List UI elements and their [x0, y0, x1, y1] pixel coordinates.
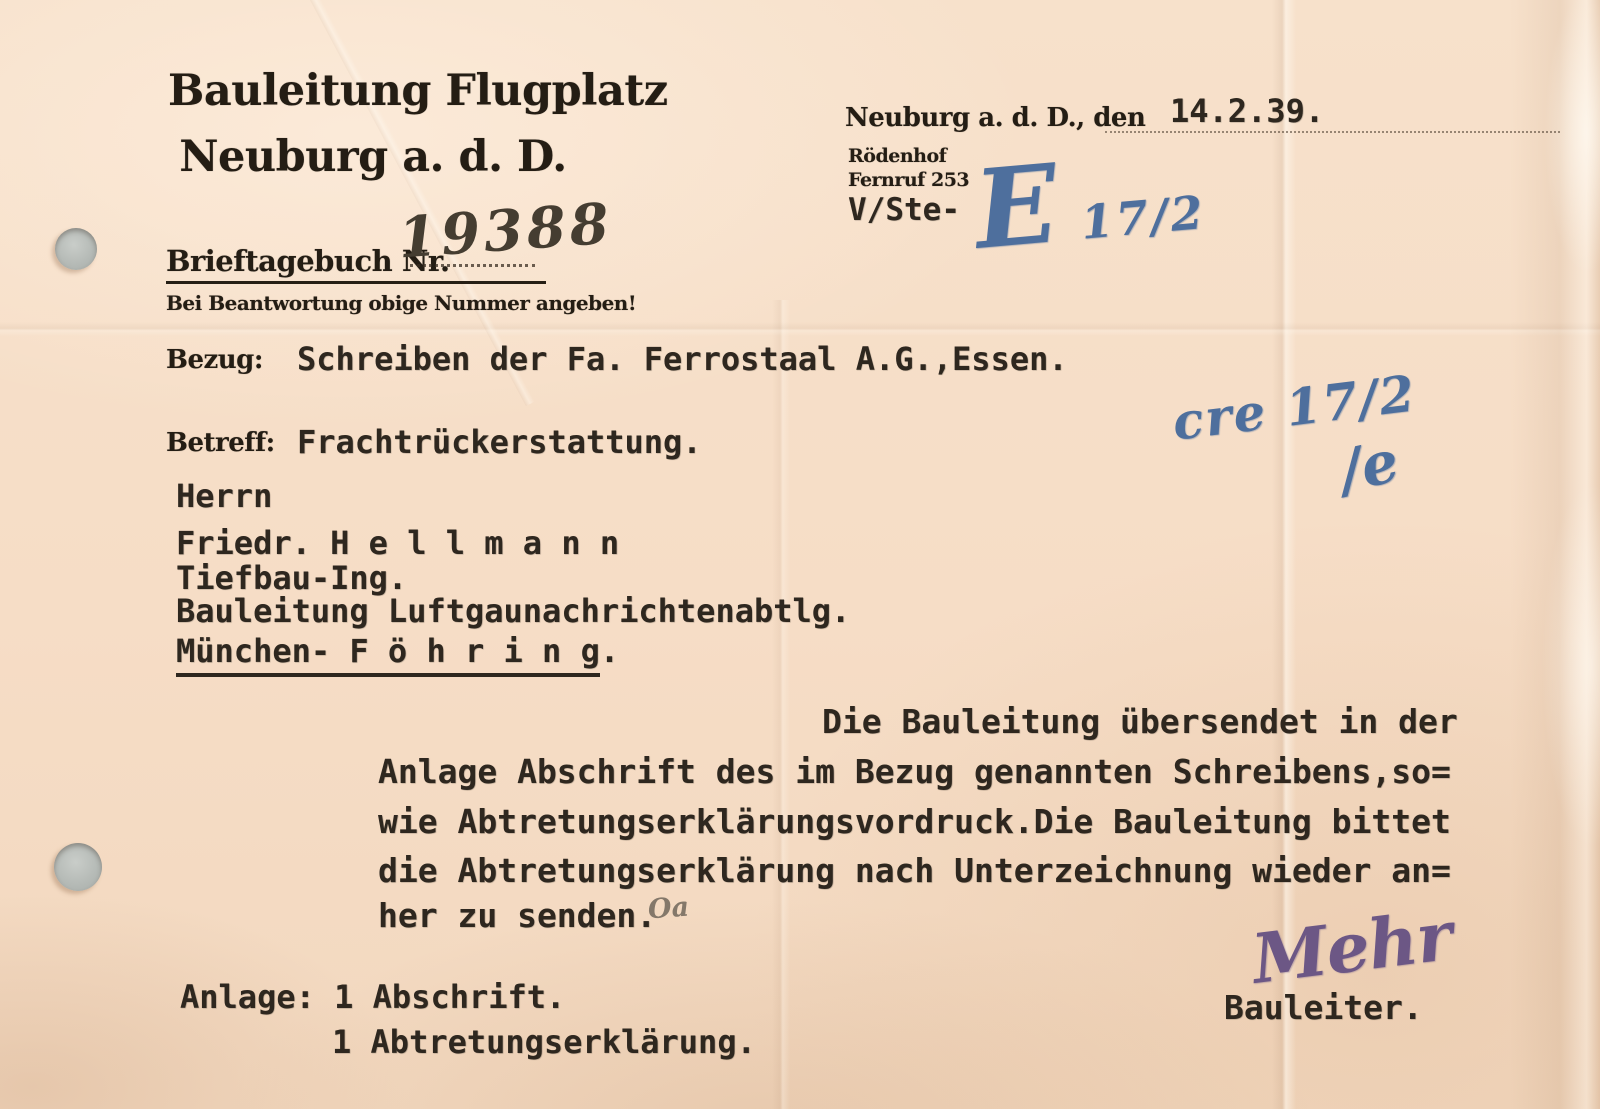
blue-filing-mark-text: E 17/2 — [971, 148, 1207, 259]
typist-initials-mark: Oa — [647, 892, 690, 926]
body-line1: Die Bauleitung übersendet in der — [822, 702, 1458, 741]
punch-hole-top — [55, 228, 97, 270]
signature-title: Bauleiter. — [1224, 988, 1423, 1027]
address-line: Rödenhof — [848, 145, 946, 167]
recipient-city: München- F ö h r i n g. — [176, 632, 619, 670]
punch-hole-bottom — [54, 843, 102, 891]
letterhead-line2: Neuburg a. d. D. — [168, 132, 578, 182]
body-line5: her zu senden. — [378, 896, 656, 935]
blue-filing-mark: E 17/2 — [971, 148, 1207, 259]
place-date-label: Neuburg a. d. D., den — [845, 103, 1145, 133]
bezug-text: Schreiben der Fa. Ferrostaal A.G.,Essen. — [297, 340, 1068, 378]
betreff-label: Betreff: — [166, 428, 275, 458]
phone-line: Fernruf 253 — [848, 169, 969, 191]
enclosure-item2: 1 Abtretungserklärung. — [332, 1023, 756, 1061]
vertical-crease-soft — [772, 300, 790, 1109]
journal-note: Bei Beantwortung obige Nummer angeben! — [166, 291, 636, 315]
enclosure-label-and-item: Anlage: 1 Abschrift. — [180, 978, 565, 1016]
journal-rule — [166, 281, 546, 284]
letterhead-line1: Bauleitung Flugplatz — [168, 66, 668, 116]
enclosure-item1: 1 Abschrift. — [334, 978, 565, 1016]
date-value: 14.2.39. — [1170, 92, 1324, 130]
body-line4: die Abtretungserklärung nach Unterzeichn… — [378, 851, 1451, 890]
crumpled-edge — [1510, 0, 1600, 1109]
recipient-city-underlined: München- F ö h r i n g — [176, 632, 600, 677]
recipient-org: Bauleitung Luftgaunachrichtenabtlg. — [176, 592, 850, 630]
recipient-name: Friedr. H e l l m a n n — [176, 524, 619, 562]
recipient-salutation: Herrn — [176, 477, 272, 515]
horizontal-crease — [0, 322, 1600, 336]
ref-code: V/Ste- — [848, 192, 960, 228]
recipient-city-period: . — [600, 632, 619, 670]
enclosure-label: Anlage: — [180, 978, 315, 1016]
bezug-label: Bezug: — [166, 345, 263, 375]
blue-note-tail: /e — [1334, 427, 1405, 506]
body-line2: Anlage Abschrift des im Bezug genannten … — [378, 752, 1451, 791]
body-line3: wie Abtretungserklärungsvordruck.Die Bau… — [378, 802, 1451, 841]
journal-number-dotted-line — [410, 240, 535, 267]
betreff-text: Frachtrückerstattung. — [297, 423, 702, 461]
scanned-letter-page: Bauleitung Flugplatz Neuburg a. d. D. Br… — [0, 0, 1600, 1109]
